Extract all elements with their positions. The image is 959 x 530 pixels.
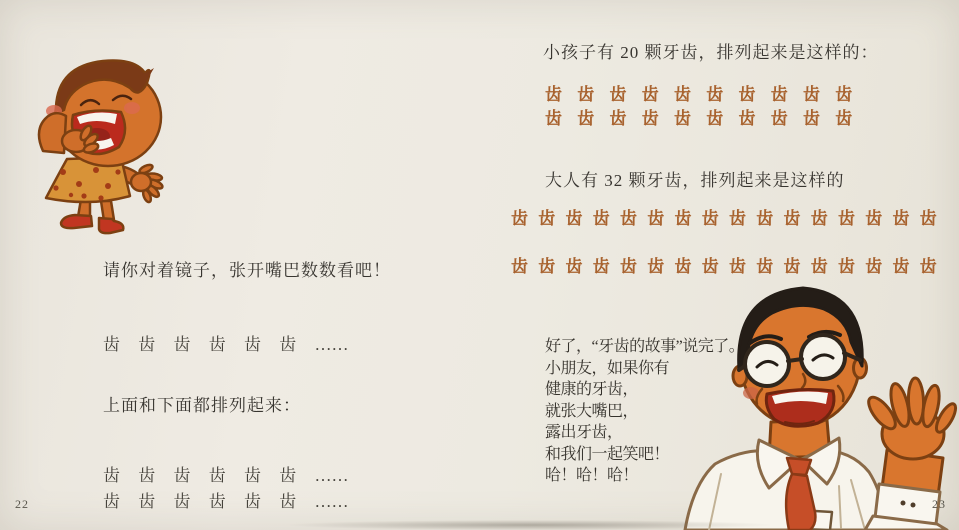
adult-teeth-heading: 大人有 32 颗牙齿，排列起来是这样的: [545, 166, 845, 191]
mirror-prompt-line: 请你对着镜子，张开嘴巴数数看吧！: [103, 256, 391, 281]
story-line: 哈！哈！哈！: [545, 465, 744, 487]
page-number-left: 22: [15, 497, 29, 512]
teeth-row-lower: 齿 齿 齿 齿 齿 齿 ……: [103, 487, 349, 512]
right-page: 小孩子有 20 颗牙齿，排列起来是这样的： 齿 齿 齿 齿 齿 齿 齿 齿 齿 …: [465, 0, 959, 530]
page-bottom-shadow: [290, 520, 770, 530]
teeth-row-upper: 齿 齿 齿 齿 齿 齿 ……: [103, 461, 349, 486]
story-line: 露出牙齿，: [545, 422, 744, 444]
adult-teeth-row-1: 齿 齿 齿 齿 齿 齿 齿 齿 齿 齿 齿 齿 齿 齿 齿 齿: [511, 204, 937, 229]
arrange-line: 上面和下面都排列起来：: [103, 391, 301, 416]
book-spread: 请你对着镜子，张开嘴巴数数看吧！ 齿 齿 齿 齿 齿 齿 …… 上面和下面都排列…: [0, 0, 959, 530]
page-number-right: 23: [932, 497, 946, 512]
child-teeth-row-1: 齿 齿 齿 齿 齿 齿 齿 齿 齿 齿: [545, 80, 852, 105]
child-teeth-row-2: 齿 齿 齿 齿 齿 齿 齿 齿 齿 齿: [545, 104, 852, 129]
left-page: 请你对着镜子，张开嘴巴数数看吧！ 齿 齿 齿 齿 齿 齿 …… 上面和下面都排列…: [0, 0, 465, 530]
child-illustration: [33, 53, 185, 245]
child-teeth-heading: 小孩子有 20 颗牙齿，排列起来是这样的：: [543, 38, 879, 63]
story-line: 就张大嘴巴，: [545, 401, 744, 423]
story-line: 小朋友，如果你有: [545, 358, 744, 380]
story-line: 健康的牙齿，: [545, 379, 744, 401]
story-text: 好了，“牙齿的故事”说完了。 小朋友，如果你有 健康的牙齿， 就张大嘴巴， 露出…: [545, 336, 744, 487]
teeth-row-sample: 齿 齿 齿 齿 齿 齿 ……: [103, 330, 349, 355]
story-line: 和我们一起笑吧！: [545, 444, 744, 466]
story-line: 好了，“牙齿的故事”说完了。: [545, 336, 744, 358]
